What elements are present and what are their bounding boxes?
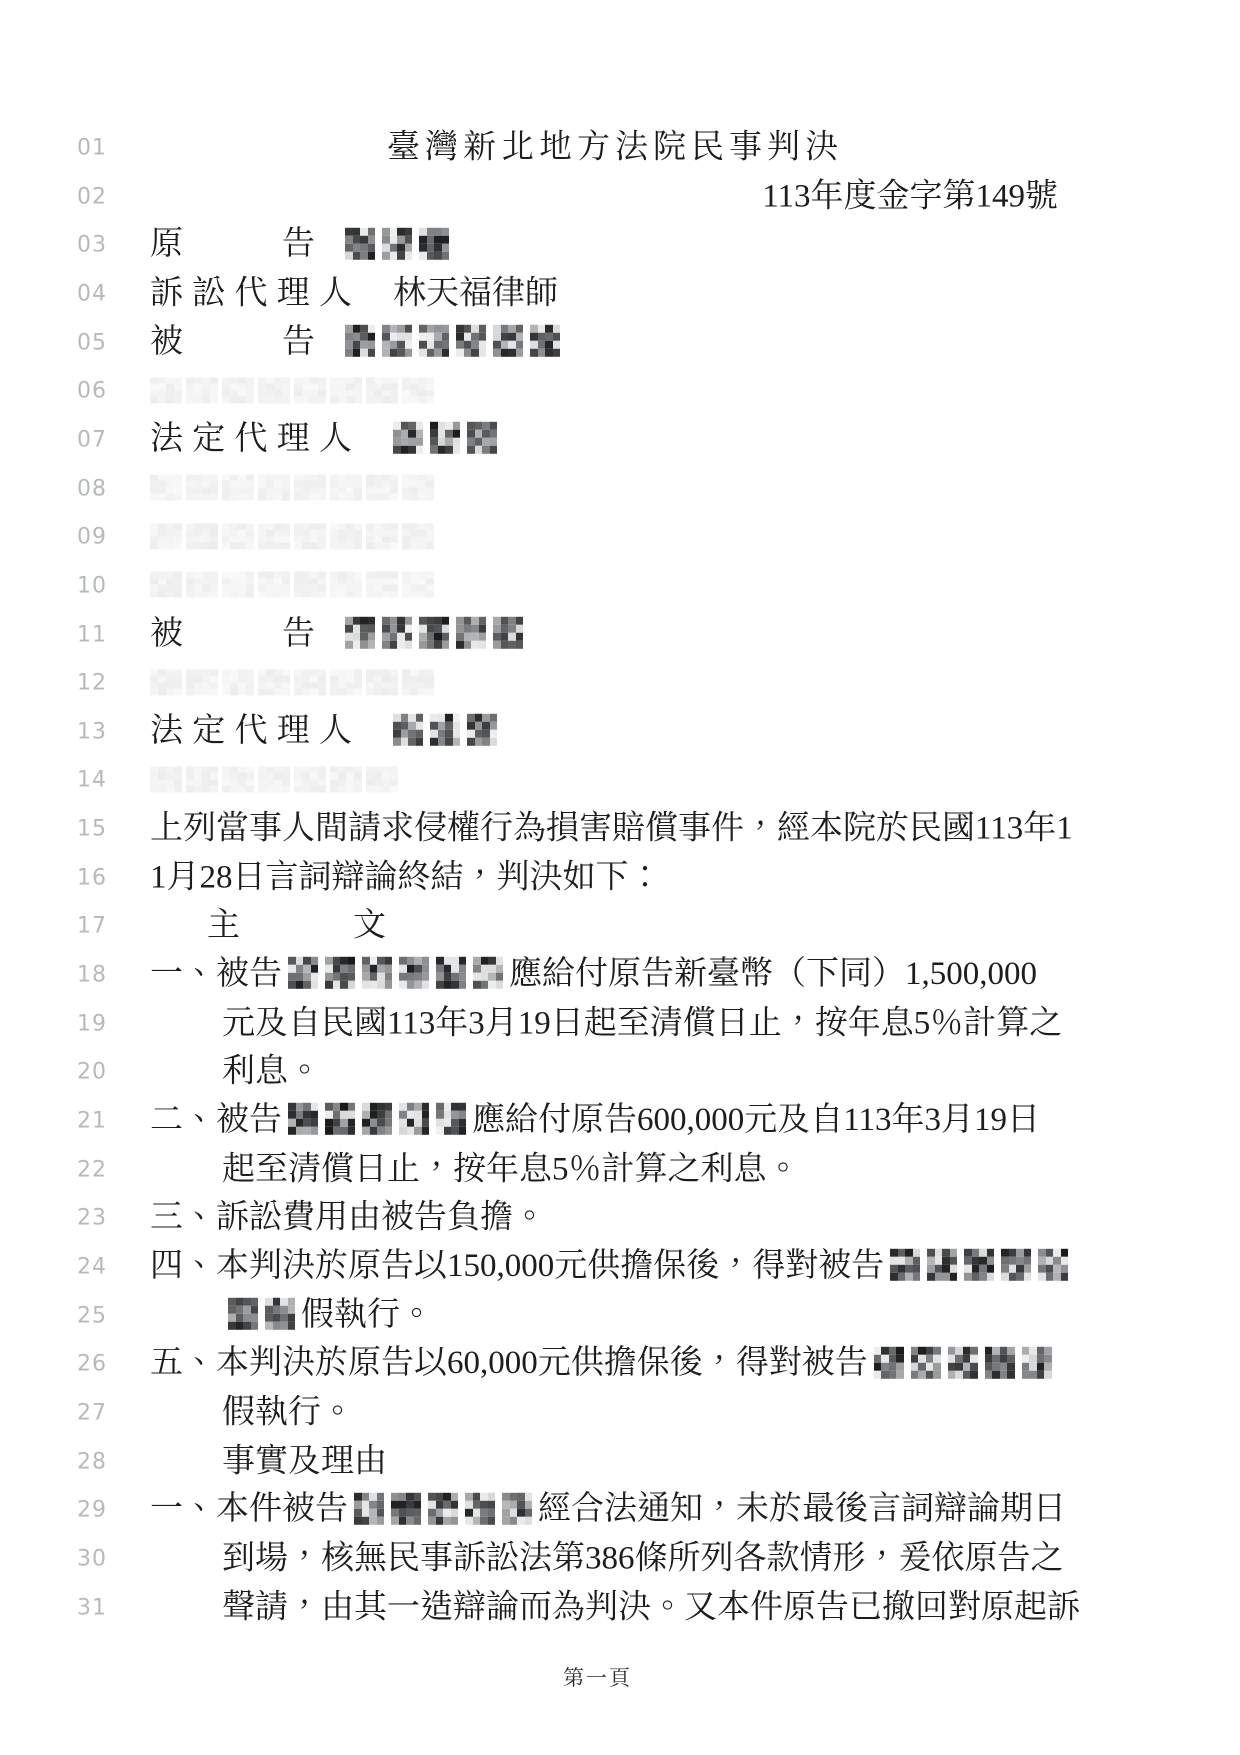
line-number: 15: [0, 817, 107, 842]
line-number: 04: [0, 281, 107, 306]
line-15: 15上列當事人間請求侵權行為損害賠償事件，經本院於民國113年1: [0, 805, 1240, 854]
line-06: 06: [0, 367, 1240, 416]
line-number: 14: [0, 768, 107, 793]
judgment-text-line: 聲請，由其一造辯論而為判決。又本件原告已撤回對原起訴: [222, 1591, 1080, 1624]
line-number: 29: [0, 1498, 107, 1523]
judgment-text-line: 一、被告應給付原告新臺幣（下同）1,500,000: [150, 958, 1037, 992]
redaction-mosaic: [393, 422, 497, 454]
judgment-text-line: 主文: [207, 910, 386, 943]
case-number: 113年度金字第149號: [150, 180, 1070, 213]
redaction-mosaic: [393, 714, 497, 746]
party-label: 法定代理人: [150, 423, 352, 456]
line-number: 05: [0, 330, 107, 355]
text-segment: 五、本判決於原告以60,000元供擔保後，得對被告: [150, 1345, 868, 1381]
text-segment: 起至清償日止，按年息5％計算之利息。: [222, 1151, 800, 1187]
redaction-mosaic: [890, 1249, 1068, 1281]
redaction-mosaic: [288, 957, 503, 989]
page-footer: 第一頁: [563, 1662, 632, 1692]
ghost-redacted-line: [150, 764, 398, 797]
line-13: 13法定代理人: [0, 708, 1240, 757]
line-number: 02: [0, 184, 107, 209]
line-12: 12: [0, 659, 1240, 708]
party-label: 被告: [150, 325, 315, 358]
text-segment: 三、訴訟費用由被告負擔。: [150, 1200, 546, 1236]
line-19: 19元及自民國113年3月19日起至清償日止，按年息5％計算之: [0, 999, 1240, 1048]
line-number: 06: [0, 379, 107, 404]
line-number: 30: [0, 1546, 107, 1571]
line-number: 10: [0, 573, 107, 598]
text-segment: 1月28日言詞辯論終結，判決如下：: [150, 859, 662, 895]
text-segment: 元及自民國113年3月19日起至清償日止，按年息5％計算之: [222, 1005, 1062, 1041]
text-segment: 到場，核無民事訴訟法第386條所列各款情形，爰依原告之: [222, 1540, 1064, 1576]
text-segment: 事實及理由: [222, 1443, 387, 1479]
line-number: 28: [0, 1449, 107, 1474]
line-number: 12: [0, 671, 107, 696]
judgment-page: 01臺灣新北地方法院民事判決02113年度金字第149號03原告04訴訟代理人林…: [0, 0, 1240, 1755]
line-number: 26: [0, 1352, 107, 1377]
judgment-text-line: 元及自民國113年3月19日起至清償日止，按年息5％計算之: [222, 1007, 1062, 1040]
redaction-mosaic: [874, 1346, 1052, 1378]
party-line: 原告: [150, 228, 449, 262]
line-number: 25: [0, 1303, 107, 1328]
text-segment: 利息。: [222, 1054, 321, 1090]
party-label: 訴訟代理人: [150, 277, 352, 310]
text-segment: 聲請，由其一造辯論而為判決。又本件原告已撤回對原起訴: [222, 1589, 1080, 1625]
party-line: 訴訟代理人林天福律師: [150, 277, 558, 310]
redaction-mosaic: [345, 228, 449, 260]
line-number: 21: [0, 1109, 107, 1134]
line-number: 13: [0, 719, 107, 744]
line-number: 24: [0, 1254, 107, 1279]
redaction-mosaic: [228, 1298, 295, 1330]
judgment-text-line: 起至清償日止，按年息5％計算之利息。: [222, 1153, 800, 1186]
line-23: 23三、訴訟費用由被告負擔。: [0, 1194, 1240, 1243]
judgment-text-line: 五、本判決於原告以60,000元供擔保後，得對被告: [150, 1347, 1058, 1381]
line-04: 04訴訟代理人林天福律師: [0, 270, 1240, 319]
document-title: 臺灣新北地方法院民事判決: [150, 132, 1070, 165]
line-28: 28事實及理由: [0, 1437, 1240, 1486]
judgment-text-line: 一、本件被告經合法通知，未於最後言詞辯論期日: [150, 1493, 1066, 1527]
party-label: 原告: [150, 228, 315, 261]
line-27: 27假執行。: [0, 1389, 1240, 1438]
line-26: 26五、本判決於原告以60,000元供擔保後，得對被告: [0, 1340, 1240, 1389]
text-segment: 一、被告: [150, 956, 282, 992]
judgment-text-line: 四、本判決於原告以150,000元供擔保後，得對被告: [150, 1250, 1074, 1284]
redaction-mosaic: [354, 1492, 532, 1524]
text-segment: 一、本件被告: [150, 1491, 348, 1527]
party-line: 被告: [150, 325, 560, 359]
ghost-redacted-line: [150, 375, 434, 408]
line-number: 11: [0, 622, 107, 647]
line-30: 30到場，核無民事訴訟法第386條所列各款情形，爰依原告之: [0, 1535, 1240, 1584]
line-number: 19: [0, 1011, 107, 1036]
judgment-text-line: 上列當事人間請求侵權行為損害賠償事件，經本院於民國113年1: [150, 813, 1073, 846]
judgment-text-line: 三、訴訟費用由被告負擔。: [150, 1202, 546, 1235]
line-number: 01: [0, 136, 107, 161]
judgment-text-line: 假執行。: [222, 1298, 433, 1332]
text-segment: 假執行。: [301, 1296, 433, 1332]
line-24: 24四、本判決於原告以150,000元供擔保後，得對被告: [0, 1243, 1240, 1292]
judgment-text-line: 事實及理由: [222, 1445, 387, 1478]
line-03: 03原告: [0, 221, 1240, 270]
redaction-mosaic: [345, 617, 523, 649]
party-line: 法定代理人: [150, 715, 497, 749]
line-09: 09: [0, 513, 1240, 562]
line-number: 31: [0, 1595, 107, 1620]
party-name: 林天福律師: [393, 275, 558, 311]
line-20: 20利息。: [0, 1048, 1240, 1097]
text-segment: 上列當事人間請求侵權行為損害賠償事件，經本院於民國113年1: [150, 811, 1073, 847]
party-line: 被告: [150, 617, 523, 651]
text-segment: 主: [207, 908, 240, 944]
line-16: 161月28日言詞辯論終結，判決如下：: [0, 853, 1240, 902]
line-25: 25假執行。: [0, 1291, 1240, 1340]
ghost-redaction-mosaic: [150, 377, 434, 403]
ghost-redacted-line: [150, 667, 434, 700]
judgment-text-line: 利息。: [222, 1056, 321, 1089]
judgment-text-line: 到場，核無民事訴訟法第386條所列各款情形，爰依原告之: [222, 1542, 1064, 1575]
ghost-redacted-line: [150, 521, 434, 554]
line-10: 10: [0, 562, 1240, 611]
line-number: 16: [0, 865, 107, 890]
line-11: 11被告: [0, 610, 1240, 659]
ghost-redaction-mosaic: [150, 669, 434, 695]
line-number: 17: [0, 914, 107, 939]
line-number: 08: [0, 476, 107, 501]
judgment-text-line: 1月28日言詞辯論終結，判決如下：: [150, 861, 662, 894]
ghost-redaction-mosaic: [150, 474, 434, 500]
line-number: 22: [0, 1157, 107, 1182]
line-08: 08: [0, 464, 1240, 513]
line-22: 22起至清償日止，按年息5％計算之利息。: [0, 1145, 1240, 1194]
line-07: 07法定代理人: [0, 416, 1240, 465]
party-line: 法定代理人: [150, 423, 497, 457]
text-segment: 四、本判決於原告以150,000元供擔保後，得對被告: [150, 1248, 884, 1284]
ghost-redacted-line: [150, 569, 434, 602]
line-number: 03: [0, 233, 107, 258]
text-segment: 文: [353, 908, 386, 944]
judgment-text-line: 假執行。: [222, 1396, 354, 1429]
line-05: 05被告: [0, 318, 1240, 367]
text-segment: 應給付原告新臺幣（下同）1,500,000: [509, 956, 1037, 992]
text-segment: 二、被告: [150, 1102, 282, 1138]
ghost-redacted-line: [150, 472, 434, 505]
line-21: 21二、被告應給付原告600,000元及自113年3月19日: [0, 1097, 1240, 1146]
line-number: 09: [0, 525, 107, 550]
text-segment: 經合法通知，未於最後言詞辯論期日: [538, 1491, 1066, 1527]
text-segment: 應給付原告600,000元及自113年3月19日: [472, 1102, 1040, 1138]
line-29: 29一、本件被告經合法通知，未於最後言詞辯論期日: [0, 1486, 1240, 1535]
line-number: 23: [0, 1206, 107, 1231]
line-number: 27: [0, 1400, 107, 1425]
ghost-redaction-mosaic: [150, 523, 434, 549]
party-label: 被告: [150, 617, 315, 650]
judgment-text-line: 二、被告應給付原告600,000元及自113年3月19日: [150, 1104, 1040, 1138]
ghost-redaction-mosaic: [150, 572, 434, 598]
redaction-mosaic: [288, 1103, 466, 1135]
line-17: 17主文: [0, 902, 1240, 951]
line-01: 01臺灣新北地方法院民事判決: [0, 124, 1240, 173]
ghost-redaction-mosaic: [150, 766, 398, 792]
line-18: 18一、被告應給付原告新臺幣（下同）1,500,000: [0, 951, 1240, 1000]
text-segment: 假執行。: [222, 1394, 354, 1430]
line-02: 02113年度金字第149號: [0, 172, 1240, 221]
line-31: 31聲請，由其一造辯論而為判決。又本件原告已撤回對原起訴: [0, 1583, 1240, 1632]
party-label: 法定代理人: [150, 715, 352, 748]
line-number: 18: [0, 963, 107, 988]
redaction-mosaic: [345, 325, 560, 357]
line-14: 14: [0, 756, 1240, 805]
line-number: 07: [0, 427, 107, 452]
line-number: 20: [0, 1060, 107, 1085]
